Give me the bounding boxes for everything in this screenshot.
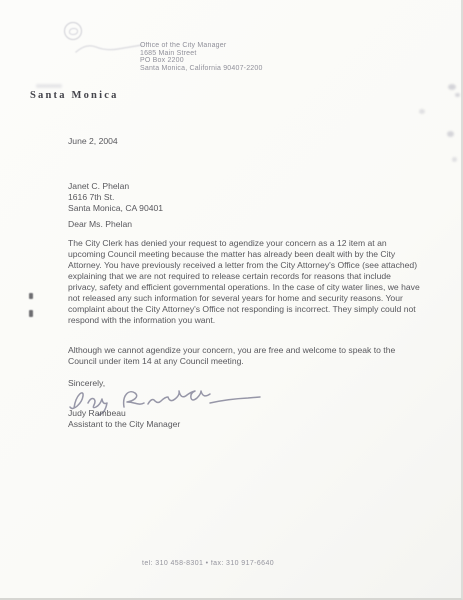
city-wordmark: Santa Monica [30, 90, 119, 101]
greeting: Dear Ms. Phelan [68, 219, 132, 230]
recipient-name: Janet C. Phelan [68, 181, 163, 192]
letterhead-pobox: PO Box 2200 [140, 57, 263, 65]
letterhead-city: Santa Monica, California 90407-2200 [140, 65, 263, 73]
body-paragraph-1: The City Clerk has denied your request t… [68, 238, 422, 326]
handwritten-scribble-icon [74, 38, 146, 58]
scan-speck [455, 93, 460, 97]
scan-speck [452, 157, 457, 162]
scan-edge-mark [29, 310, 33, 317]
scan-speck [448, 84, 456, 90]
body-paragraph-2: Although we cannot agendize your concern… [68, 345, 422, 367]
scan-smudge [36, 84, 62, 88]
recipient-address: Janet C. Phelan 1616 7th St. Santa Monic… [68, 181, 163, 214]
signature-title: Assistant to the City Manager [68, 419, 180, 430]
recipient-street: 1616 7th St. [68, 192, 163, 203]
recipient-city: Santa Monica, CA 90401 [68, 203, 163, 214]
letterhead-street: 1685 Main Street [140, 50, 263, 58]
scanned-letter-page: Office of the City Manager 1685 Main Str… [0, 0, 463, 600]
footer-contact: tel: 310 458-8301 • fax: 310 917-6640 [142, 560, 274, 567]
signature-name: Judy Rambeau [68, 408, 126, 419]
scan-edge-mark [29, 293, 33, 299]
scan-speck [419, 109, 425, 114]
scan-speck [447, 131, 454, 137]
letterhead-address: Office of the City Manager 1685 Main Str… [140, 42, 263, 72]
letterhead-office: Office of the City Manager [140, 42, 263, 50]
letter-date: June 2, 2004 [68, 136, 118, 147]
